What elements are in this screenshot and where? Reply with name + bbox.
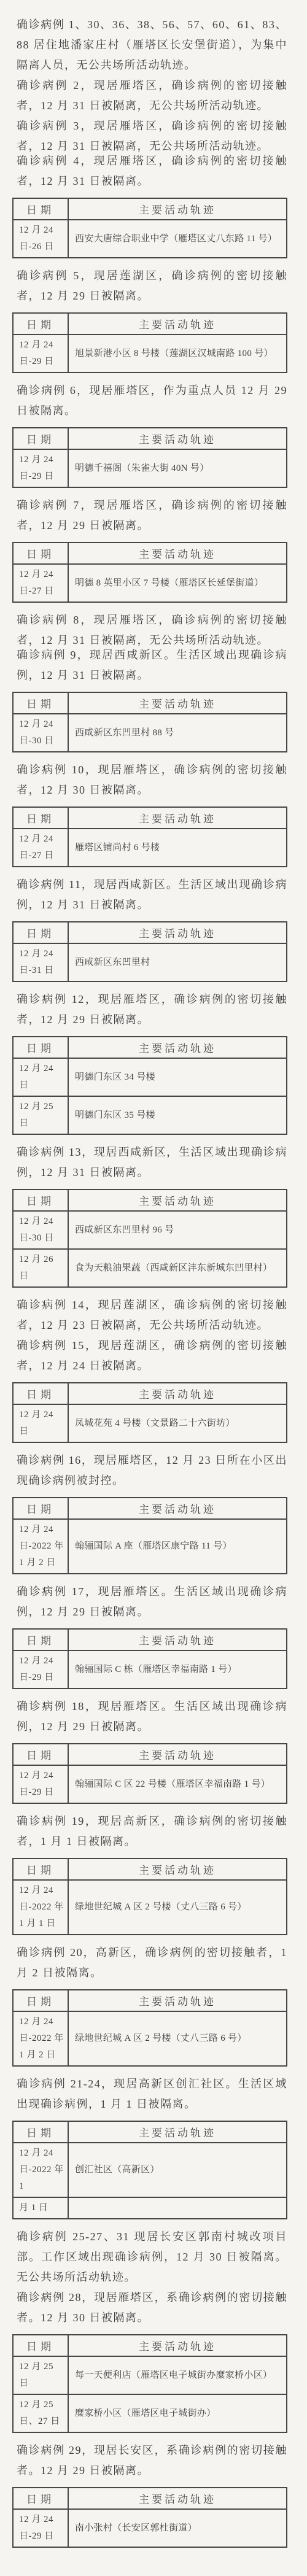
activity-table: 日期主要活动轨迹12 月 24 日-29 日南小张村（长安区郭杜街道）	[12, 2487, 287, 2548]
date-cell: 12 月 25 日、27 日	[13, 2394, 68, 2432]
table-header-date: 日期	[13, 1629, 68, 1650]
table-header-track: 主要活动轨迹	[68, 2488, 287, 2509]
date-cell: 12 月 24 日-29 日	[13, 2509, 68, 2547]
table-header-date: 日期	[13, 1859, 68, 1880]
table-header-row: 日期主要活动轨迹	[13, 692, 287, 714]
date-cell: 12 月 24 日-29 日	[13, 1765, 68, 1803]
table-row: 12 月 24 日-29 日明德千禧阁（朱雀大街 40N 号）	[13, 449, 287, 487]
table-row: 12 月 24 日凤城花苑 4 号楼（文景路二十六街坊）	[13, 1404, 287, 1442]
table-header-track: 主要活动轨迹	[68, 1498, 287, 1519]
date-cell: 12 月 24 日-29 日	[13, 1650, 68, 1688]
track-cell: 创汇社区（高新区）	[68, 2143, 287, 2197]
table-header-row: 日期主要活动轨迹	[13, 543, 287, 564]
case-paragraph: 确诊病例 18，现居雁塔区。生活区域出现确诊病例，12 月 29 日被隔离。	[17, 1696, 287, 1737]
activity-table: 日期主要活动轨迹12 月 24 日-2022 年 1创汇社区（高新区）月 1 日	[12, 2121, 287, 2219]
track-cell: 食为天粮油果蔬（西咸新区沣东新城东凹里村）	[68, 1249, 287, 1287]
table-row: 12 月 24 日-27 日明德 8 英里小区 7 号楼（雁塔区长延堡街道）	[13, 564, 287, 602]
case-paragraph: 确诊病例 5，现居莲湖区，确诊病例的密切接触者，12 月 29 日被隔离。	[17, 266, 287, 306]
date-cell: 12 月 24 日-29 日	[13, 449, 68, 487]
activity-table: 日期主要活动轨迹12 月 25 日每一天便利店（雁塔区电子城街办糜家桥小区）12…	[12, 2334, 287, 2433]
track-cell: 雁塔区铺尚村 6 号楼	[68, 829, 287, 867]
table-row: 12 月 24 日-27 日雁塔区铺尚村 6 号楼	[13, 829, 287, 867]
case-paragraph: 确诊病例 4，现居雁塔区，确诊病例的密切接触者，12 月 31 日被隔离。	[17, 151, 287, 191]
table-header-row: 日期主要活动轨迹	[13, 2488, 287, 2509]
table-row: 12 月 24 日-26 日西安大唐综合职业中学（雁塔区丈八东路 11 号）	[13, 220, 287, 258]
track-cell: 明德 8 英里小区 7 号楼（雁塔区长延堡街道）	[68, 564, 287, 602]
case-paragraph: 确诊病例 14，现居莲湖区，确诊病例的密切接触者，12 月 23 日被隔离，无公…	[17, 1295, 287, 1336]
track-cell: 凤城花苑 4 号楼（文景路二十六街坊）	[68, 1404, 287, 1442]
table-header-date: 日期	[13, 2121, 68, 2143]
case-paragraph: 确诊病例 11，现居西咸新区。生活区域出现确诊病例，12 月 31 日被隔离。	[17, 875, 287, 915]
table-header-row: 日期主要活动轨迹	[13, 1189, 287, 1211]
table-header-track: 主要活动轨迹	[68, 543, 287, 564]
date-cell: 月 1 日	[13, 2197, 68, 2219]
table-header-date: 日期	[13, 922, 68, 943]
date-cell: 12 月 24 日-29 日	[13, 335, 68, 373]
table-row: 12 月 25 日明德门东区 35 号楼	[13, 1096, 287, 1134]
date-cell: 12 月 24 日	[13, 1058, 68, 1096]
track-cell: 翰骊国际 C 区 22 号楼（雁塔区幸福南路 1 号）	[68, 1765, 287, 1803]
activity-table: 日期主要活动轨迹12 月 24 日-26 日西安大唐综合职业中学（雁塔区丈八东路…	[12, 198, 287, 258]
table-header-row: 日期主要活动轨迹	[13, 1037, 287, 1058]
activity-table: 日期主要活动轨迹12 月 24 日-2022 年 1 月 2 日翰骊国际 A 座…	[12, 1497, 287, 1574]
activity-table: 日期主要活动轨迹12 月 24 日-27 日雁塔区铺尚村 6 号楼	[12, 806, 287, 867]
table-header-row: 日期主要活动轨迹	[13, 313, 287, 335]
table-row: 12 月 24 日-2022 年 1 月 2 日绿地世纪城 A 区 2 号楼（丈…	[13, 2011, 287, 2066]
table-header-track: 主要活动轨迹	[68, 2335, 287, 2356]
activity-table: 日期主要活动轨迹12 月 24 日-2022 年 1 月 2 日绿地世纪城 A …	[12, 1989, 287, 2067]
track-cell: 绿地世纪城 A 区 2 号楼（丈八三路 6 号）	[68, 1880, 287, 1935]
case-paragraph: 确诊病例 2，现居雁塔区，确诊病例的密切接触者，12 月 31 日被隔离，无公共…	[17, 75, 287, 116]
case-paragraph: 确诊病例 6，现居雁塔区，作为重点人员 12 月 29 日被隔离。	[17, 381, 287, 421]
table-header-track: 主要活动轨迹	[68, 1744, 287, 1765]
date-cell: 12 月 25 日	[13, 1096, 68, 1134]
activity-table: 日期主要活动轨迹12 月 24 日-30 日西咸新区东凹里村 88 号	[12, 692, 287, 752]
activity-table: 日期主要活动轨迹12 月 24 日-27 日明德 8 英里小区 7 号楼（雁塔区…	[12, 542, 287, 603]
table-header-track: 主要活动轨迹	[68, 2121, 287, 2143]
activity-table: 日期主要活动轨迹12 月 24 日-29 日翰骊国际 C 栋（雁塔区幸福南路 1…	[12, 1628, 287, 1689]
track-cell: 每一天便利店（雁塔区电子城街办糜家桥小区）	[68, 2356, 287, 2394]
case-paragraph: 确诊病例 19，现居高新区，确诊病例的密切接触者，1 月 1 日被隔离。	[17, 1811, 287, 1852]
case-paragraph: 确诊病例 10，现居雁塔区，确诊病例的密切接触者，12 月 30 日被隔离。	[17, 760, 287, 800]
track-cell: 西咸新区东凹里村 96 号	[68, 1211, 287, 1249]
table-header-row: 日期主要活动轨迹	[13, 1859, 287, 1880]
table-row: 12 月 24 日-29 日翰骊国际 C 栋（雁塔区幸福南路 1 号）	[13, 1650, 287, 1688]
case-paragraph: 确诊病例 12，现居雁塔区，确诊病例的密切接触者，12 月 29 日被隔离。	[17, 989, 287, 1030]
date-cell: 12 月 24 日-27 日	[13, 564, 68, 602]
case-paragraph: 确诊病例 25-27、31 现居长安区郭南村城改项目部。工作区域出现确诊病例，1…	[17, 2227, 287, 2288]
case-paragraph: 确诊病例 28，现居雁塔区，系确诊病例的密切接触者。12 月 30 日被隔离。	[17, 2288, 287, 2328]
activity-table: 日期主要活动轨迹12 月 24 日凤城花苑 4 号楼（文景路二十六街坊）	[12, 1382, 287, 1443]
track-cell: 糜家桥小区（雁塔区电子城街办）	[68, 2394, 287, 2432]
date-cell: 12 月 24 日-30 日	[13, 1211, 68, 1249]
track-cell: 翰骊国际 A 座（雁塔区康宁路 11 号）	[68, 1519, 287, 1574]
track-cell: 明德门东区 34 号楼	[68, 1058, 287, 1096]
date-cell: 12 月 25 日	[13, 2356, 68, 2394]
track-cell: 南小张村（长安区郭杜街道）	[68, 2509, 287, 2547]
table-row: 12 月 24 日-29 日翰骊国际 C 区 22 号楼（雁塔区幸福南路 1 号…	[13, 1765, 287, 1803]
table-header-date: 日期	[13, 198, 68, 220]
table-row: 12 月 24 日-2022 年 1 月 2 日翰骊国际 A 座（雁塔区康宁路 …	[13, 1519, 287, 1574]
table-header-date: 日期	[13, 1498, 68, 1519]
table-header-date: 日期	[13, 1744, 68, 1765]
date-cell: 12 月 24 日-2022 年 1 月 2 日	[13, 2011, 68, 2066]
table-row: 12 月 25 日、27 日糜家桥小区（雁塔区电子城街办）	[13, 2394, 287, 2432]
track-cell: 明德门东区 35 号楼	[68, 1096, 287, 1134]
table-header-row: 日期主要活动轨迹	[13, 1744, 287, 1765]
case-paragraph: 确诊病例 7，现居雁塔区，确诊病例的密切接触者，12 月 29 日被隔离。	[17, 495, 287, 536]
track-cell	[68, 2197, 287, 2219]
case-paragraph: 确诊病例 17，现居雁塔区。生活区域出现确诊病例，12 月 29 日被隔离。	[17, 1582, 287, 1622]
date-cell: 12 月 24 日-27 日	[13, 829, 68, 867]
table-row: 12 月 24 日-2022 年 1创汇社区（高新区）	[13, 2143, 287, 2197]
date-cell: 12 月 24 日-31 日	[13, 943, 68, 981]
table-header-date: 日期	[13, 1383, 68, 1404]
page: { "colors": { "background": "#f5f4f1", "…	[0, 0, 307, 2576]
activity-table: 日期主要活动轨迹12 月 24 日-29 日翰骊国际 C 区 22 号楼（雁塔区…	[12, 1743, 287, 1804]
table-header-track: 主要活动轨迹	[68, 1629, 287, 1650]
date-cell: 12 月 24 日-30 日	[13, 714, 68, 752]
table-row: 12 月 24 日-30 日西咸新区东凹里村 88 号	[13, 714, 287, 752]
table-header-track: 主要活动轨迹	[68, 807, 287, 829]
track-cell: 西咸新区东凹里村 88 号	[68, 714, 287, 752]
table-header-date: 日期	[13, 543, 68, 564]
case-paragraph: 确诊病例 20，高新区，确诊病例的密切接触者，1 月 2 日被隔离。	[17, 1943, 287, 1983]
table-header-track: 主要活动轨迹	[68, 428, 287, 449]
table-header-row: 日期主要活动轨迹	[13, 807, 287, 829]
track-cell: 绿地世纪城 A 区 2 号楼（丈八三路 6 号）	[68, 2011, 287, 2066]
date-cell: 12 月 24 日-2022 年 1 月 1 日	[13, 1880, 68, 1935]
table-row: 月 1 日	[13, 2197, 287, 2219]
date-cell: 12 月 24 日	[13, 1404, 68, 1442]
table-row: 12 月 24 日明德门东区 34 号楼	[13, 1058, 287, 1096]
table-header-track: 主要活动轨迹	[68, 1037, 287, 1058]
track-cell: 翰骊国际 C 栋（雁塔区幸福南路 1 号）	[68, 1650, 287, 1688]
table-header-row: 日期主要活动轨迹	[13, 1498, 287, 1519]
activity-table: 日期主要活动轨迹12 月 24 日-30 日西咸新区东凹里村 96 号12 月 …	[12, 1189, 287, 1288]
table-header-row: 日期主要活动轨迹	[13, 1990, 287, 2011]
track-cell: 西咸新区东凹里村	[68, 943, 287, 981]
table-row: 12 月 24 日-29 日旭景新港小区 8 号楼（莲湖区汉城南路 100 号）	[13, 335, 287, 373]
table-header-row: 日期主要活动轨迹	[13, 2335, 287, 2356]
activity-table: 日期主要活动轨迹12 月 24 日-31 日西咸新区东凹里村	[12, 921, 287, 982]
table-header-date: 日期	[13, 2488, 68, 2509]
table-row: 12 月 24 日-29 日南小张村（长安区郭杜街道）	[13, 2509, 287, 2547]
table-row: 12 月 24 日-2022 年 1 月 1 日绿地世纪城 A 区 2 号楼（丈…	[13, 1880, 287, 1935]
table-header-row: 日期主要活动轨迹	[13, 922, 287, 943]
table-header-row: 日期主要活动轨迹	[13, 428, 287, 449]
table-header-date: 日期	[13, 692, 68, 714]
case-paragraph: 确诊病例 9，现居西咸新区。生活区域出现确诊病例，12 月 31 日被隔离。	[17, 645, 287, 686]
table-header-date: 日期	[13, 1037, 68, 1058]
date-cell: 12 月 26 日	[13, 1249, 68, 1287]
case-paragraph: 确诊病例 15，现居莲湖区，确诊病例的密切接触者，12 月 24 日被隔离。	[17, 1336, 287, 1376]
document-body: 确诊病例 1、30、36、38、56、57、60、61、83、88 居住地潘家庄…	[0, 0, 307, 2576]
table-header-row: 日期主要活动轨迹	[13, 1629, 287, 1650]
date-cell: 12 月 24 日-2022 年 1	[13, 2143, 68, 2197]
table-header-date: 日期	[13, 1990, 68, 2011]
activity-table: 日期主要活动轨迹12 月 24 日-2022 年 1 月 1 日绿地世纪城 A …	[12, 1858, 287, 1935]
table-header-row: 日期主要活动轨迹	[13, 1383, 287, 1404]
table-header-track: 主要活动轨迹	[68, 1990, 287, 2011]
table-row: 12 月 25 日每一天便利店（雁塔区电子城街办糜家桥小区）	[13, 2356, 287, 2394]
table-row: 12 月 24 日-31 日西咸新区东凹里村	[13, 943, 287, 981]
date-cell: 12 月 24 日-2022 年 1 月 2 日	[13, 1519, 68, 1574]
track-cell: 旭景新港小区 8 号楼（莲湖区汉城南路 100 号）	[68, 335, 287, 373]
table-header-track: 主要活动轨迹	[68, 198, 287, 220]
table-header-date: 日期	[13, 428, 68, 449]
activity-table: 日期主要活动轨迹12 月 24 日-29 日旭景新港小区 8 号楼（莲湖区汉城南…	[12, 312, 287, 373]
table-row: 12 月 24 日-30 日西咸新区东凹里村 96 号	[13, 1211, 287, 1249]
case-paragraph: 确诊病例 13，现居西咸新区，生活区域出现确诊病例，12 月 31 日被隔离。	[17, 1142, 287, 1183]
date-cell: 12 月 24 日-26 日	[13, 220, 68, 258]
table-header-date: 日期	[13, 313, 68, 335]
table-header-date: 日期	[13, 2335, 68, 2356]
case-paragraph: 确诊病例 1、30、36、38、56、57、60、61、83、88 居住地潘家庄…	[17, 15, 287, 75]
table-header-date: 日期	[13, 1189, 68, 1211]
table-header-track: 主要活动轨迹	[68, 313, 287, 335]
case-paragraph: 确诊病例 29，现居长安区，系确诊病例的密切接触者。12 月 29 日被隔离。	[17, 2440, 287, 2481]
activity-table: 日期主要活动轨迹12 月 24 日明德门东区 34 号楼12 月 25 日明德门…	[12, 1036, 287, 1135]
activity-table: 日期主要活动轨迹12 月 24 日-29 日明德千禧阁（朱雀大街 40N 号）	[12, 427, 287, 488]
table-header-track: 主要活动轨迹	[68, 1189, 287, 1211]
table-header-date: 日期	[13, 807, 68, 829]
track-cell: 西安大唐综合职业中学（雁塔区丈八东路 11 号）	[68, 220, 287, 258]
case-paragraph: 确诊病例 21-24，现居高新区创汇社区。生活区域出现确诊病例，1 月 1 日被…	[17, 2074, 287, 2114]
table-header-track: 主要活动轨迹	[68, 1859, 287, 1880]
table-row: 12 月 26 日食为天粮油果蔬（西咸新区沣东新城东凹里村）	[13, 1249, 287, 1287]
table-header-row: 日期主要活动轨迹	[13, 198, 287, 220]
case-paragraph: 确诊病例 16，现居雁塔区，12 月 23 日所在小区出现确诊病例被封控。	[17, 1450, 287, 1491]
table-header-track: 主要活动轨迹	[68, 692, 287, 714]
track-cell: 明德千禧阁（朱雀大街 40N 号）	[68, 449, 287, 487]
table-header-track: 主要活动轨迹	[68, 1383, 287, 1404]
table-header-track: 主要活动轨迹	[68, 922, 287, 943]
table-header-row: 日期主要活动轨迹	[13, 2121, 287, 2143]
